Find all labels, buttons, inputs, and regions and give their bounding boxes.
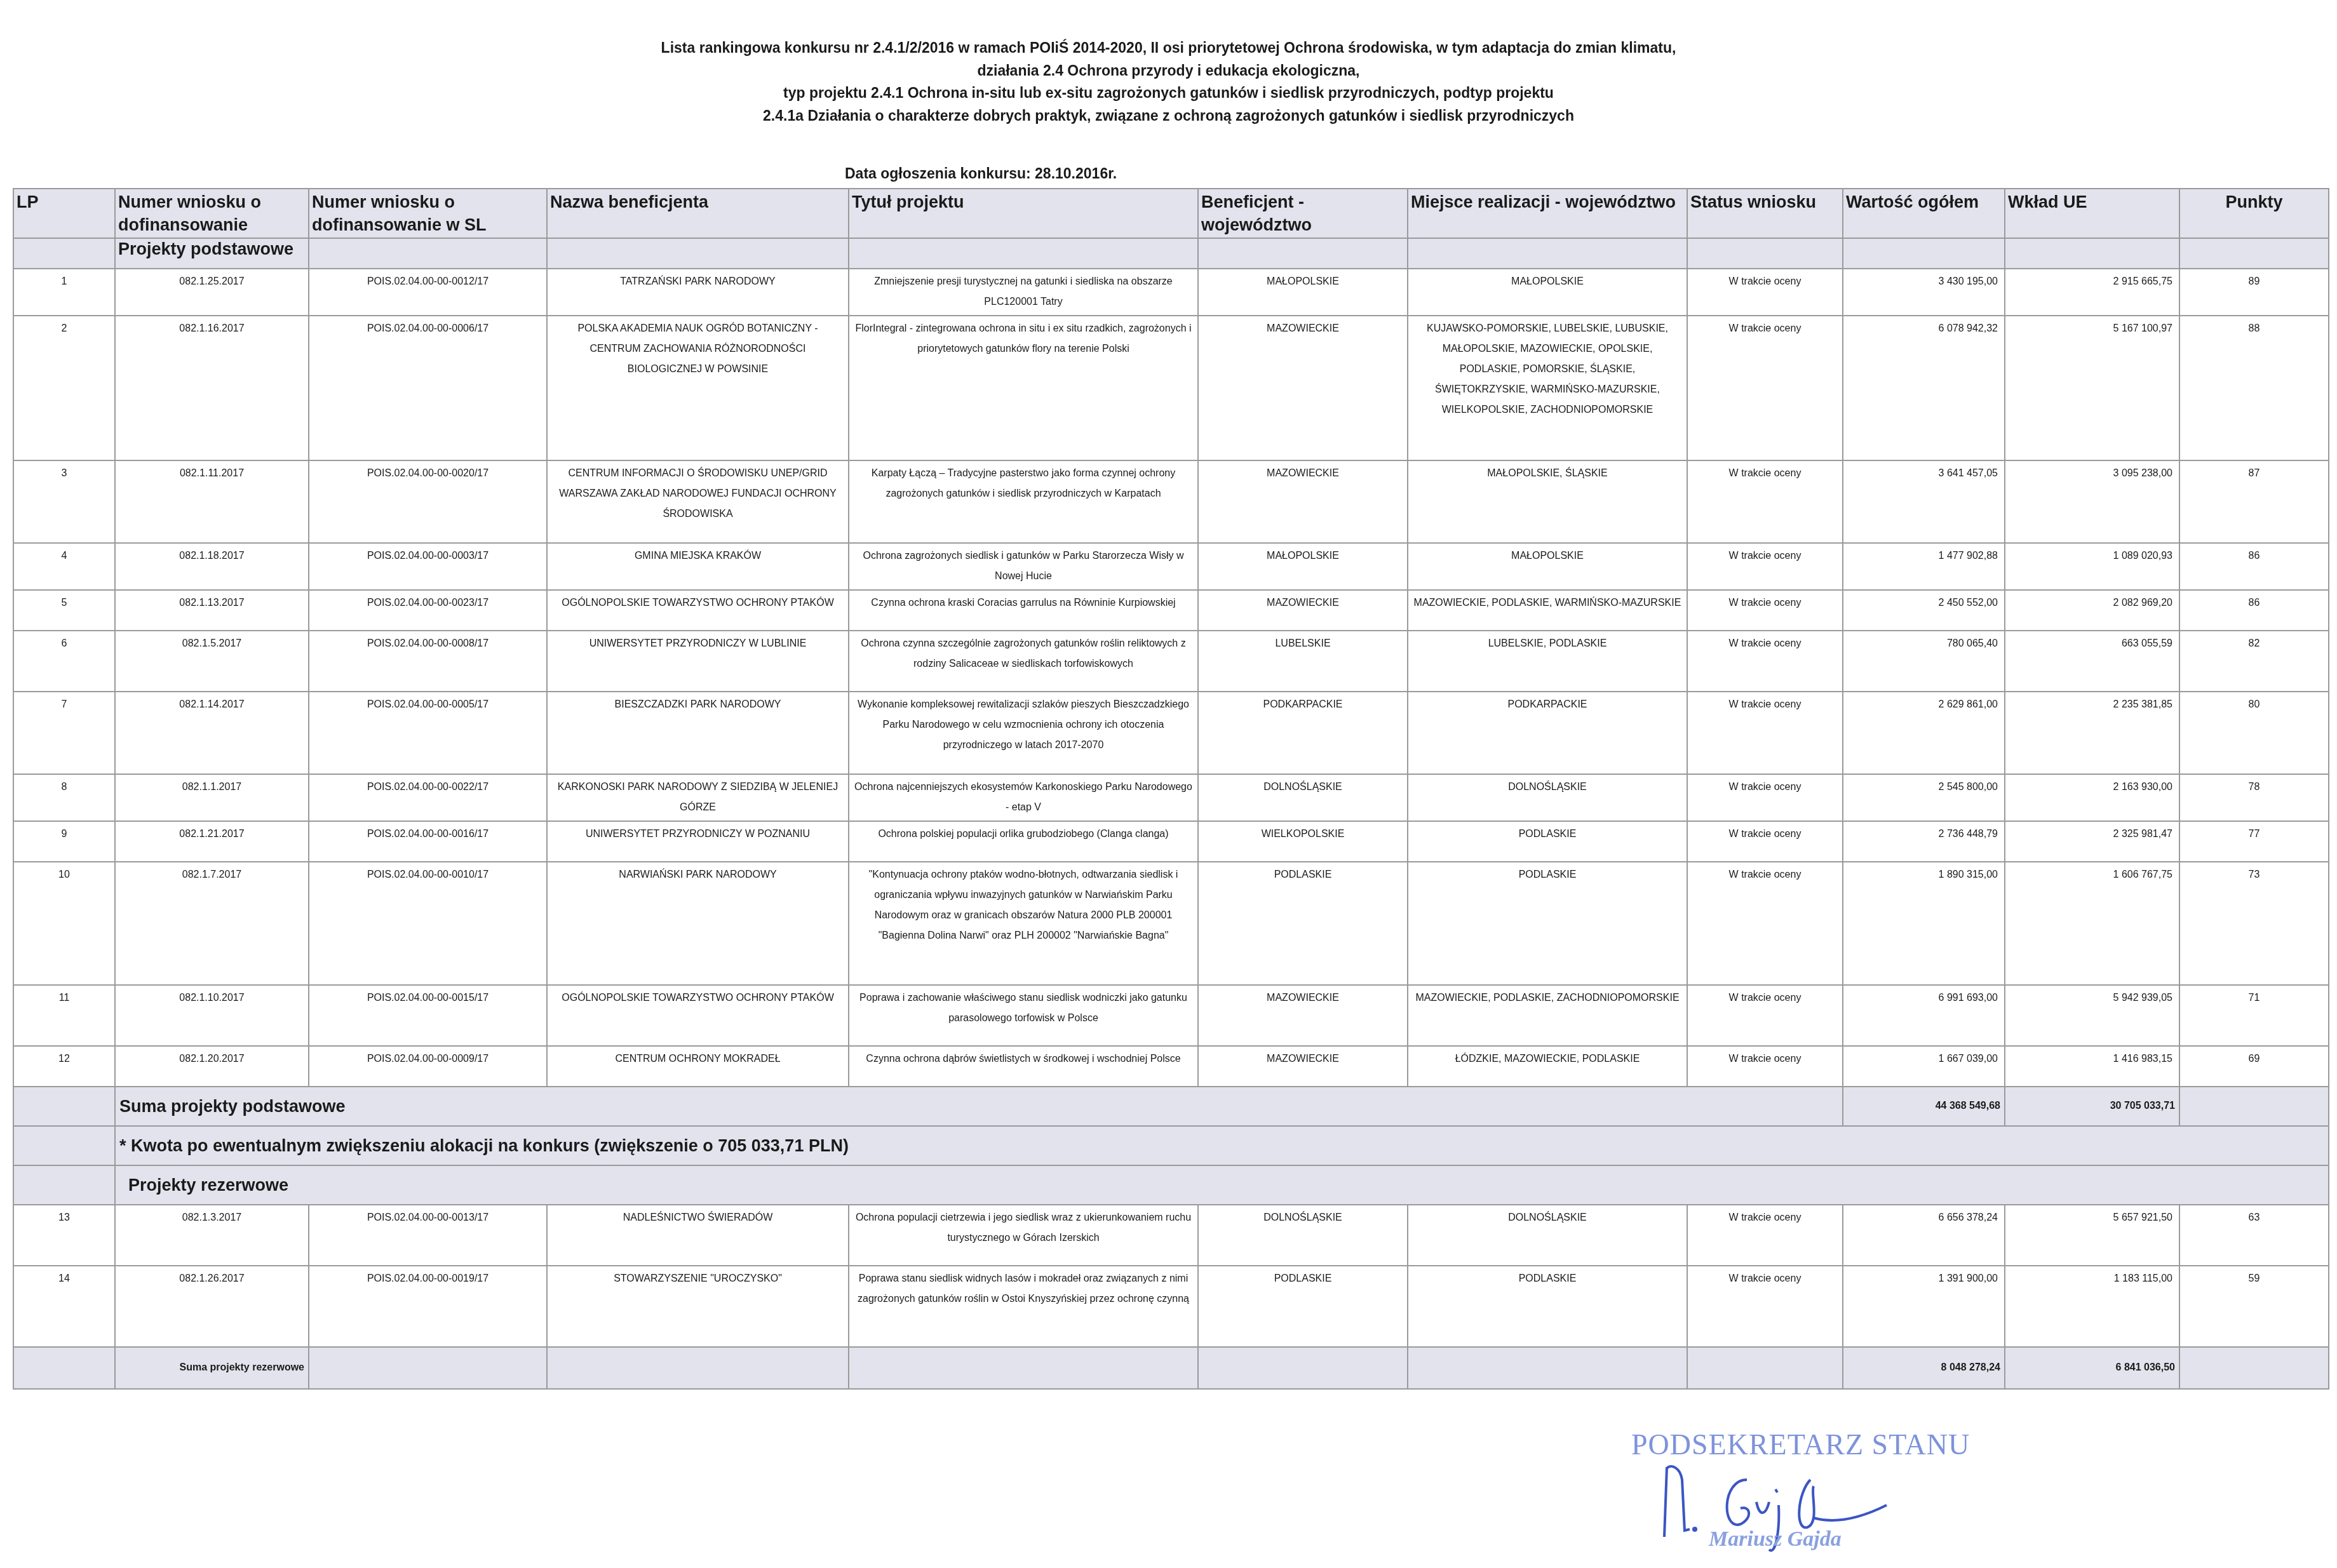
cell-wklad: 2 325 981,47 (2005, 821, 2179, 862)
cell-punkty: 77 (2179, 821, 2329, 862)
cell-wklad: 2 082 969,20 (2005, 590, 2179, 631)
cell-tytul: Karpaty Łączą – Tradycyjne pasterstwo ja… (849, 460, 1198, 543)
cell-punkty: 86 (2179, 543, 2329, 590)
cell-benef-woj: MAZOWIECKIE (1198, 590, 1408, 631)
sum-reserve-wklad: 6 841 036,50 (2005, 1347, 2179, 1389)
section-reserve-label: Projekty rezerwowe (115, 1165, 2329, 1205)
cell-miejsce: PODLASKIE (1408, 821, 1687, 862)
title-line-4: 2.4.1a Działania o charakterze dobrych p… (0, 105, 2337, 128)
cell-nr-sl: POIS.02.04.00-00-0015/17 (309, 985, 547, 1046)
cell-tytul: Zmniejszenie presji turystycznej na gatu… (849, 269, 1198, 316)
cell-wklad: 3 095 238,00 (2005, 460, 2179, 543)
cell-status: W trakcie oceny (1687, 1205, 1843, 1266)
cell-nazwa: OGÓLNOPOLSKIE TOWARZYSTWO OCHRONY PTAKÓW (547, 985, 849, 1046)
cell-tytul: Czynna ochrona kraski Coracias garrulus … (849, 590, 1198, 631)
cell-wartosc: 6 991 693,00 (1843, 985, 2005, 1046)
cell-wartosc: 1 477 902,88 (1843, 543, 2005, 590)
cell-nr: 082.1.13.2017 (115, 590, 309, 631)
cell-wartosc: 1 667 039,00 (1843, 1046, 2005, 1087)
sum-basic-row: Suma projekty podstawowe 44 368 549,68 3… (13, 1087, 2329, 1126)
cell-nr-sl: POIS.02.04.00-00-0012/17 (309, 269, 547, 316)
table-row: 8082.1.1.2017POIS.02.04.00-00-0022/17KAR… (13, 774, 2329, 821)
cell-status: W trakcie oceny (1687, 316, 1843, 460)
title-line-1: Lista rankingowa konkursu nr 2.4.1/2/201… (0, 37, 2337, 60)
cell-wartosc: 3 430 195,00 (1843, 269, 2005, 316)
cell-wklad: 2 235 381,85 (2005, 692, 2179, 774)
cell-nazwa: CENTRUM OCHRONY MOKRADEŁ (547, 1046, 849, 1087)
cell-nazwa: KARKONOSKI PARK NARODOWY Z SIEDZIBĄ W JE… (547, 774, 849, 821)
cell-miejsce: MAŁOPOLSKIE (1408, 269, 1687, 316)
cell-miejsce: MAŁOPOLSKIE, ŚLĄSKIE (1408, 460, 1687, 543)
cell-benef-woj: MAŁOPOLSKIE (1198, 269, 1408, 316)
cell-nr: 082.1.11.2017 (115, 460, 309, 543)
cell-status: W trakcie oceny (1687, 590, 1843, 631)
cell-wklad: 1 183 115,00 (2005, 1266, 2179, 1347)
cell-lp: 6 (13, 631, 115, 692)
cell-nr-sl: POIS.02.04.00-00-0013/17 (309, 1205, 547, 1266)
cell-miejsce: MAZOWIECKIE, PODLASKIE, ZACHODNIOPOMORSK… (1408, 985, 1687, 1046)
cell-miejsce: KUJAWSKO-POMORSKIE, LUBELSKIE, LUBUSKIE,… (1408, 316, 1687, 460)
cell-nr-sl: POIS.02.04.00-00-0010/17 (309, 862, 547, 985)
cell-benef-woj: MAŁOPOLSKIE (1198, 543, 1408, 590)
official-stamp-name: Mariusz Gajda (1709, 1527, 1842, 1551)
cell-benef-woj: DOLNOŚLĄSKIE (1198, 1205, 1408, 1266)
cell-status: W trakcie oceny (1687, 1266, 1843, 1347)
cell-nr: 082.1.1.2017 (115, 774, 309, 821)
cell-nazwa: OGÓLNOPOLSKIE TOWARZYSTWO OCHRONY PTAKÓW (547, 590, 849, 631)
cell-wklad: 5 657 921,50 (2005, 1205, 2179, 1266)
cell-tytul: "Kontynuacja ochrony ptaków wodno-błotny… (849, 862, 1198, 985)
cell-miejsce: PODKARPACKIE (1408, 692, 1687, 774)
cell-lp: 4 (13, 543, 115, 590)
header-nr-sl: Numer wniosku o dofinansowanie w SL (309, 189, 547, 238)
header-miejsce: Miejsce realizacji - województwo (1408, 189, 1687, 238)
cell-benef-woj: WIELKOPOLSKIE (1198, 821, 1408, 862)
title-line-2: działania 2.4 Ochrona przyrody i edukacj… (0, 60, 2337, 83)
cell-benef-woj: MAZOWIECKIE (1198, 1046, 1408, 1087)
sum-reserve-label: Suma projekty rezerwowe (115, 1347, 309, 1389)
table-row: 2082.1.16.2017POIS.02.04.00-00-0006/17PO… (13, 316, 2329, 460)
cell-lp: 13 (13, 1205, 115, 1266)
cell-wklad: 1 089 020,93 (2005, 543, 2179, 590)
cell-nr: 082.1.14.2017 (115, 692, 309, 774)
cell-status: W trakcie oceny (1687, 543, 1843, 590)
cell-nr: 082.1.26.2017 (115, 1266, 309, 1347)
sum-reserve-wartosc: 8 048 278,24 (1843, 1347, 2005, 1389)
cell-wartosc: 6 078 942,32 (1843, 316, 2005, 460)
section-reserve-row: Projekty rezerwowe (13, 1165, 2329, 1205)
cell-status: W trakcie oceny (1687, 774, 1843, 821)
header-punkty: Punkty (2179, 189, 2329, 238)
cell-lp: 3 (13, 460, 115, 543)
cell-miejsce: LUBELSKIE, PODLASKIE (1408, 631, 1687, 692)
cell-tytul: Czynna ochrona dąbrów świetlistych w śro… (849, 1046, 1198, 1087)
cell-miejsce: PODLASKIE (1408, 1266, 1687, 1347)
cell-miejsce: DOLNOŚLĄSKIE (1408, 774, 1687, 821)
cell-punkty: 71 (2179, 985, 2329, 1046)
table-row: 7082.1.14.2017POIS.02.04.00-00-0005/17BI… (13, 692, 2329, 774)
cell-wartosc: 2 545 800,00 (1843, 774, 2005, 821)
cell-lp: 8 (13, 774, 115, 821)
header-benef-woj: Beneficjent - województwo (1198, 189, 1408, 238)
section-basic-label: Projekty podstawowe (115, 238, 309, 269)
cell-lp: 5 (13, 590, 115, 631)
cell-status: W trakcie oceny (1687, 862, 1843, 985)
cell-benef-woj: DOLNOŚLĄSKIE (1198, 774, 1408, 821)
cell-wartosc: 1 391 900,00 (1843, 1266, 2005, 1347)
cell-nr: 082.1.16.2017 (115, 316, 309, 460)
cell-miejsce: MAŁOPOLSKIE (1408, 543, 1687, 590)
cell-punkty: 73 (2179, 862, 2329, 985)
cell-punkty: 69 (2179, 1046, 2329, 1087)
table-row: 6082.1.5.2017POIS.02.04.00-00-0008/17UNI… (13, 631, 2329, 692)
cell-nazwa: BIESZCZADZKI PARK NARODOWY (547, 692, 849, 774)
table-row: 11082.1.10.2017POIS.02.04.00-00-0015/17O… (13, 985, 2329, 1046)
cell-nr-sl: POIS.02.04.00-00-0006/17 (309, 316, 547, 460)
cell-nazwa: UNIWERSYTET PRZYRODNICZY W LUBLINIE (547, 631, 849, 692)
ranking-table: LP Numer wniosku o dofinansowanie Numer … (13, 188, 2329, 1390)
header-lp: LP (13, 189, 115, 238)
cell-nr-sl: POIS.02.04.00-00-0016/17 (309, 821, 547, 862)
cell-tytul: Poprawa i zachowanie właściwego stanu si… (849, 985, 1198, 1046)
sum-reserve-row: Suma projekty rezerwowe 8 048 278,24 6 8… (13, 1347, 2329, 1389)
table-row: 9082.1.21.2017POIS.02.04.00-00-0016/17UN… (13, 821, 2329, 862)
cell-benef-woj: MAZOWIECKIE (1198, 460, 1408, 543)
cell-status: W trakcie oceny (1687, 985, 1843, 1046)
cell-tytul: Ochrona najcenniejszych ekosystemów Kark… (849, 774, 1198, 821)
header-tytul: Tytuł projektu (849, 189, 1198, 238)
table-row: 13082.1.3.2017POIS.02.04.00-00-0013/17NA… (13, 1205, 2329, 1266)
cell-wartosc: 2 450 552,00 (1843, 590, 2005, 631)
cell-lp: 9 (13, 821, 115, 862)
cell-status: W trakcie oceny (1687, 460, 1843, 543)
header-row: LP Numer wniosku o dofinansowanie Numer … (13, 189, 2329, 238)
cell-nazwa: POLSKA AKADEMIA NAUK OGRÓD BOTANICZNY - … (547, 316, 849, 460)
cell-nr-sl: POIS.02.04.00-00-0019/17 (309, 1266, 547, 1347)
cell-wklad: 1 606 767,75 (2005, 862, 2179, 985)
cell-nr-sl: POIS.02.04.00-00-0022/17 (309, 774, 547, 821)
cell-nazwa: NADLEŚNICTWO ŚWIERADÓW (547, 1205, 849, 1266)
header-nr: Numer wniosku o dofinansowanie (115, 189, 309, 238)
cell-nr: 082.1.18.2017 (115, 543, 309, 590)
sum-basic-wklad: 30 705 033,71 (2005, 1087, 2179, 1126)
cell-status: W trakcie oceny (1687, 821, 1843, 862)
cell-nazwa: NARWIAŃSKI PARK NARODOWY (547, 862, 849, 985)
header-nazwa: Nazwa beneficjenta (547, 189, 849, 238)
cell-status: W trakcie oceny (1687, 1046, 1843, 1087)
cell-benef-woj: MAZOWIECKIE (1198, 985, 1408, 1046)
cell-punkty: 78 (2179, 774, 2329, 821)
table-row: 1082.1.25.2017POIS.02.04.00-00-0012/17TA… (13, 269, 2329, 316)
note-row: * Kwota po ewentualnym zwiększeniu aloka… (13, 1126, 2329, 1165)
cell-tytul: Ochrona polskiej populacji orlika grubod… (849, 821, 1198, 862)
cell-wartosc: 1 890 315,00 (1843, 862, 2005, 985)
cell-wklad: 2 163 930,00 (2005, 774, 2179, 821)
basic-projects: 1082.1.25.2017POIS.02.04.00-00-0012/17TA… (13, 269, 2329, 1087)
cell-wklad: 5 167 100,97 (2005, 316, 2179, 460)
cell-lp: 14 (13, 1266, 115, 1347)
header-wartosc: Wartość ogółem (1843, 189, 2005, 238)
cell-wklad: 1 416 983,15 (2005, 1046, 2179, 1087)
cell-status: W trakcie oceny (1687, 631, 1843, 692)
cell-tytul: Ochrona zagrożonych siedlisk i gatunków … (849, 543, 1198, 590)
cell-nr-sl: POIS.02.04.00-00-0023/17 (309, 590, 547, 631)
cell-lp: 11 (13, 985, 115, 1046)
cell-wartosc: 2 736 448,79 (1843, 821, 2005, 862)
document-title: Lista rankingowa konkursu nr 2.4.1/2/201… (0, 37, 2337, 127)
cell-punkty: 88 (2179, 316, 2329, 460)
header-status: Status wniosku (1687, 189, 1843, 238)
table-row: 10082.1.7.2017POIS.02.04.00-00-0010/17NA… (13, 862, 2329, 985)
cell-nr: 082.1.3.2017 (115, 1205, 309, 1266)
cell-tytul: Ochrona czynna szczególnie zagrożonych g… (849, 631, 1198, 692)
cell-nazwa: TATRZAŃSKI PARK NARODOWY (547, 269, 849, 316)
cell-punkty: 89 (2179, 269, 2329, 316)
cell-benef-woj: PODLASKIE (1198, 1266, 1408, 1347)
table-row: 12082.1.20.2017POIS.02.04.00-00-0009/17C… (13, 1046, 2329, 1087)
cell-punkty: 63 (2179, 1205, 2329, 1266)
cell-nr: 082.1.21.2017 (115, 821, 309, 862)
cell-nr-sl: POIS.02.04.00-00-0005/17 (309, 692, 547, 774)
cell-lp: 12 (13, 1046, 115, 1087)
cell-status: W trakcie oceny (1687, 269, 1843, 316)
cell-benef-woj: PODKARPACKIE (1198, 692, 1408, 774)
header-wklad: Wkład UE (2005, 189, 2179, 238)
cell-tytul: Wykonanie kompleksowej rewitalizacji szl… (849, 692, 1198, 774)
cell-nazwa: UNIWERSYTET PRZYRODNICZY W POZNANIU (547, 821, 849, 862)
announcement-date: Data ogłoszenia konkursu: 28.10.2016r. (845, 165, 1117, 182)
cell-lp: 10 (13, 862, 115, 985)
cell-benef-woj: LUBELSKIE (1198, 631, 1408, 692)
cell-lp: 2 (13, 316, 115, 460)
cell-miejsce: DOLNOŚLĄSKIE (1408, 1205, 1687, 1266)
cell-wklad: 2 915 665,75 (2005, 269, 2179, 316)
cell-nr-sl: POIS.02.04.00-00-0009/17 (309, 1046, 547, 1087)
cell-punkty: 86 (2179, 590, 2329, 631)
sum-basic-wartosc: 44 368 549,68 (1843, 1087, 2005, 1126)
cell-wartosc: 3 641 457,05 (1843, 460, 2005, 543)
cell-tytul: Poprawa stanu siedlisk widnych lasów i m… (849, 1266, 1198, 1347)
cell-nr: 082.1.20.2017 (115, 1046, 309, 1087)
cell-tytul: Ochrona populacji cietrzewia i jego sied… (849, 1205, 1198, 1266)
cell-tytul: FlorIntegral - zintegrowana ochrona in s… (849, 316, 1198, 460)
cell-nr-sl: POIS.02.04.00-00-0020/17 (309, 460, 547, 543)
cell-nr: 082.1.7.2017 (115, 862, 309, 985)
title-line-3: typ projektu 2.4.1 Ochrona in-situ lub e… (0, 82, 2337, 105)
sum-basic-label: Suma projekty podstawowe (115, 1087, 1843, 1126)
cell-nr: 082.1.5.2017 (115, 631, 309, 692)
table-row: 14082.1.26.2017POIS.02.04.00-00-0019/17S… (13, 1266, 2329, 1347)
cell-wartosc: 2 629 861,00 (1843, 692, 2005, 774)
cell-wklad: 5 942 939,05 (2005, 985, 2179, 1046)
cell-punkty: 82 (2179, 631, 2329, 692)
cell-wartosc: 6 656 378,24 (1843, 1205, 2005, 1266)
cell-nr-sl: POIS.02.04.00-00-0008/17 (309, 631, 547, 692)
allocation-note: * Kwota po ewentualnym zwiększeniu aloka… (115, 1126, 2329, 1165)
table-row: 3082.1.11.2017POIS.02.04.00-00-0020/17CE… (13, 460, 2329, 543)
cell-status: W trakcie oceny (1687, 692, 1843, 774)
cell-nazwa: GMINA MIEJSKA KRAKÓW (547, 543, 849, 590)
cell-miejsce: ŁÓDZKIE, MAZOWIECKIE, PODLASKIE (1408, 1046, 1687, 1087)
cell-wklad: 663 055,59 (2005, 631, 2179, 692)
cell-nr-sl: POIS.02.04.00-00-0003/17 (309, 543, 547, 590)
cell-nr: 082.1.10.2017 (115, 985, 309, 1046)
cell-nr: 082.1.25.2017 (115, 269, 309, 316)
cell-benef-woj: MAZOWIECKIE (1198, 316, 1408, 460)
cell-benef-woj: PODLASKIE (1198, 862, 1408, 985)
section-basic-row: Projekty podstawowe (13, 238, 2329, 269)
cell-nazwa: STOWARZYSZENIE "UROCZYSKO" (547, 1266, 849, 1347)
cell-lp: 1 (13, 269, 115, 316)
reserve-projects: 13082.1.3.2017POIS.02.04.00-00-0013/17NA… (13, 1205, 2329, 1347)
cell-punkty: 87 (2179, 460, 2329, 543)
table-row: 4082.1.18.2017POIS.02.04.00-00-0003/17GM… (13, 543, 2329, 590)
cell-wartosc: 780 065,40 (1843, 631, 2005, 692)
table-row: 5082.1.13.2017POIS.02.04.00-00-0023/17OG… (13, 590, 2329, 631)
cell-miejsce: PODLASKIE (1408, 862, 1687, 985)
cell-miejsce: MAZOWIECKIE, PODLASKIE, WARMIŃSKO-MAZURS… (1408, 590, 1687, 631)
cell-nazwa: CENTRUM INFORMACJI O ŚRODOWISKU UNEP/GRI… (547, 460, 849, 543)
cell-lp: 7 (13, 692, 115, 774)
cell-punkty: 80 (2179, 692, 2329, 774)
cell-punkty: 59 (2179, 1266, 2329, 1347)
